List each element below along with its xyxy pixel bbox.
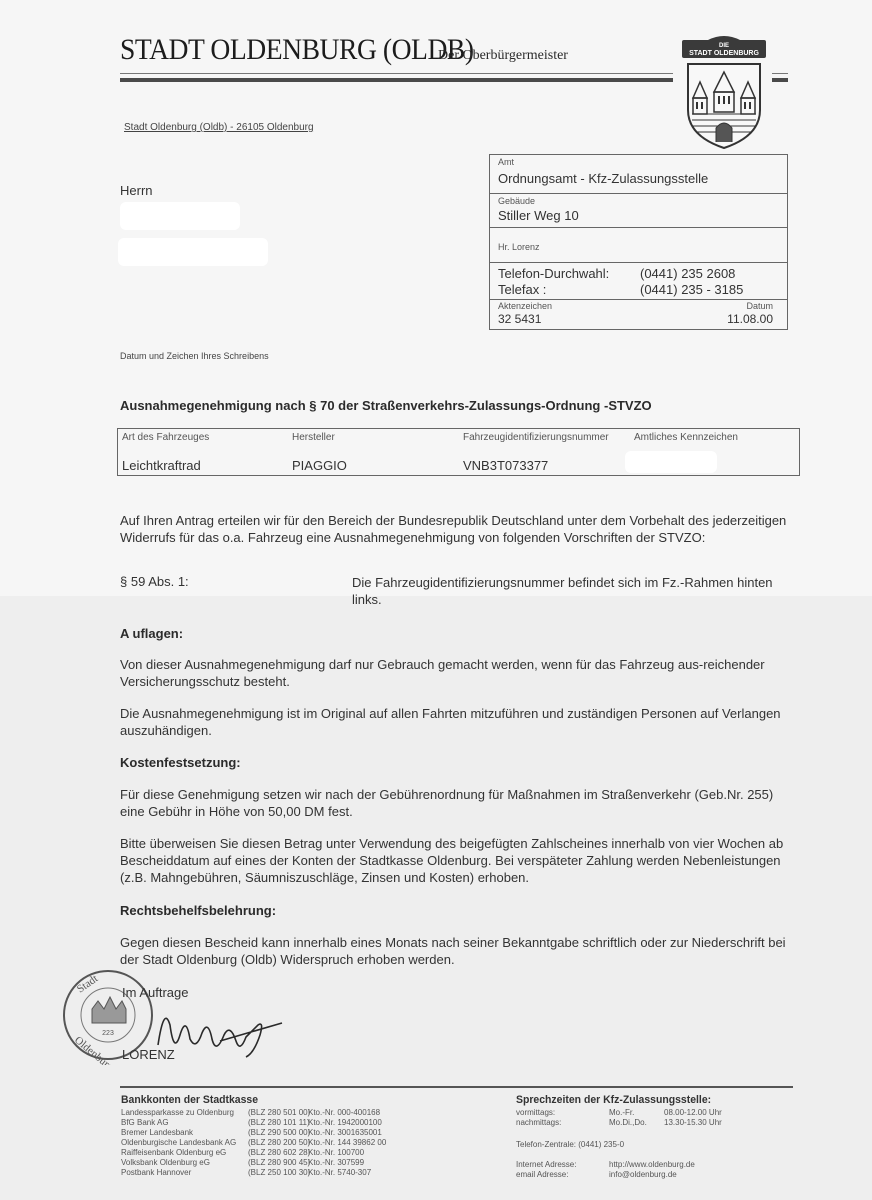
value-vin: VNB3T073377 (463, 458, 548, 473)
datum-label: Datum (746, 301, 773, 311)
subject-heading: Ausnahmegenehmigung nach § 70 der Straße… (120, 398, 652, 413)
fax-label: Telefax : (498, 282, 546, 297)
kosten-paragraph-1: Für diese Genehmigung setzen wir nach de… (120, 786, 800, 820)
header-plate: Amtliches Kennzeichen (634, 432, 738, 443)
regulation-label: § 59 Abs. 1: (120, 574, 189, 589)
bank-name: BfG Bank AG (121, 1118, 169, 1128)
contact-person: Hr. Lorenz (498, 242, 540, 252)
office-hours-title: Sprechzeiten der Kfz-Zulassungsstelle: (516, 1094, 711, 1106)
reference-line: Datum und Zeichen Ihres Schreibens (120, 351, 269, 361)
hours-morning-time: 08.00-12.00 Uhr (664, 1108, 722, 1118)
bank-blz: (BLZ 250 100 30) (248, 1168, 310, 1178)
infobox-phone: Telefon-Durchwahl: (0441) 235 2608 Telef… (490, 263, 787, 300)
gebaeude-value: Stiller Weg 10 (498, 208, 579, 223)
redacted-recipient-name (120, 202, 240, 230)
letterhead-subtitle: Der Oberbürgermeister (438, 48, 568, 64)
bank-account-number: Kto.-Nr. 100700 (308, 1148, 364, 1158)
kosten-paragraph-2: Bitte überweisen Sie diesen Betrag unter… (120, 835, 800, 886)
bank-account-number: Kto.-Nr. 5740-307 (308, 1168, 371, 1178)
email-label: email Adresse: (516, 1170, 568, 1180)
hours-afternoon-days: Mo.Di.,Do. (609, 1118, 647, 1128)
aktenzeichen-label: Aktenzeichen (498, 301, 552, 311)
bank-blz: (BLZ 290 500 00) (248, 1128, 310, 1138)
bank-accounts-list: Landessparkasse zu Oldenburg(BLZ 280 501… (121, 1108, 461, 1183)
bank-name: Volksbank Oldenburg eG (121, 1158, 210, 1168)
hours-morning-days: Mo.-Fr. (609, 1108, 634, 1118)
bank-account-number: Kto.-Nr. 1942000100 (308, 1118, 382, 1128)
gebaeude-label: Gebäude (498, 196, 535, 206)
header-rule-thick-right (772, 78, 788, 82)
office-info-box: Amt Ordnungsamt - Kfz-Zulassungsstelle G… (489, 154, 788, 330)
header-vin: Fahrzeugidentifizierungsnummer (463, 432, 609, 443)
bank-accounts-title: Bankkonten der Stadtkasse (121, 1094, 258, 1106)
infobox-gebaeude: Gebäude Stiller Weg 10 (490, 194, 787, 228)
infobox-contact: Hr. Lorenz (490, 228, 787, 263)
amt-label: Amt (498, 157, 514, 167)
svg-text:Oldenburg: Oldenburg (72, 1034, 116, 1065)
internet-link[interactable]: http://www.oldenburg.de (609, 1160, 695, 1170)
bank-blz: (BLZ 280 501 00) (248, 1108, 310, 1118)
central-phone: Telefon-Zentrale: (0441) 235-0 (516, 1140, 624, 1150)
header-vehicle-type: Art des Fahrzeuges (122, 432, 209, 443)
auflagen-paragraph-1: Von dieser Ausnahmegenehmigung darf nur … (120, 656, 800, 690)
office-hours-block: vormittags: Mo.-Fr. 08.00-12.00 Uhr nach… (516, 1108, 796, 1183)
bank-name: Landessparkasse zu Oldenburg (121, 1108, 234, 1118)
hours-afternoon-time: 13.30-15.30 Uhr (664, 1118, 722, 1128)
bank-blz: (BLZ 280 900 45) (248, 1158, 310, 1168)
hours-afternoon-label: nachmittags: (516, 1118, 561, 1128)
header-rule-thick (120, 78, 673, 82)
footer-rule (120, 1086, 793, 1088)
hours-morning-label: vormittags: (516, 1108, 555, 1118)
redacted-recipient-address (118, 238, 268, 266)
fax-value: (0441) 235 - 3185 (640, 282, 743, 297)
sender-return-address: Stadt Oldenburg (Oldb) - 26105 Oldenburg (124, 122, 314, 133)
header-rule-thin-right (772, 73, 788, 74)
rechtsbehelf-paragraph: Gegen diesen Bescheid kann innerhalb ein… (120, 934, 800, 968)
bank-blz: (BLZ 280 101 11) (248, 1118, 310, 1128)
auflagen-paragraph-2: Die Ausnahmegenehmigung ist im Original … (120, 705, 800, 739)
bank-name: Raiffeisenbank Oldenburg eG (121, 1148, 226, 1158)
svg-text:Stadt: Stadt (75, 973, 100, 996)
recipient-salutation: Herrn (120, 183, 153, 198)
bank-blz: (BLZ 280 602 28) (248, 1148, 310, 1158)
bank-blz: (BLZ 280 200 50) (248, 1138, 310, 1148)
bank-account-number: Kto.-Nr. 307599 (308, 1158, 364, 1168)
intro-paragraph: Auf Ihren Antrag erteilen wir für den Be… (120, 512, 800, 546)
header-manufacturer: Hersteller (292, 432, 335, 443)
value-vehicle-type: Leichtkraftrad (122, 458, 201, 473)
datum-value: 11.08.00 (727, 312, 773, 326)
bank-account-number: Kto.-Nr. 144 39862 00 (308, 1138, 386, 1148)
coat-of-arms-icon: DIE STADT OLDENBURG (678, 36, 770, 150)
svg-text:223: 223 (102, 1030, 114, 1037)
letterhead-title: STADT OLDENBURG (OLDB) (120, 33, 474, 67)
value-manufacturer: PIAGGIO (292, 458, 347, 473)
redacted-license-plate (625, 451, 717, 473)
bank-name: Oldenburgische Landesbank AG (121, 1138, 236, 1148)
auflagen-heading: A uflagen: (120, 626, 183, 641)
phone-value: (0441) 235 2608 (640, 266, 735, 281)
amt-value: Ordnungsamt - Kfz-Zulassungsstelle (498, 171, 708, 186)
phone-label: Telefon-Durchwahl: (498, 266, 609, 281)
internet-label: Internet Adresse: (516, 1160, 576, 1170)
regulation-text: Die Fahrzeugidentifizierungsnummer befin… (352, 574, 802, 608)
infobox-reference: Aktenzeichen 32 5431 Datum 11.08.00 (490, 300, 787, 330)
svg-text:DIE: DIE (719, 43, 729, 49)
aktenzeichen-value: 32 5431 (498, 312, 541, 326)
signatory-name: LORENZ (122, 1047, 175, 1062)
bank-name: Postbank Hannover (121, 1168, 191, 1178)
bank-account-number: Kto.-Nr. 3001635001 (308, 1128, 382, 1138)
bank-name: Bremer Landesbank (121, 1128, 193, 1138)
svg-text:STADT OLDENBURG: STADT OLDENBURG (689, 50, 759, 57)
infobox-amt: Amt Ordnungsamt - Kfz-Zulassungsstelle (490, 155, 787, 194)
kosten-heading: Kostenfestsetzung: (120, 755, 241, 770)
bank-account-number: Kto.-Nr. 000-400168 (308, 1108, 380, 1118)
rechtsbehelf-heading: Rechtsbehelfsbelehrung: (120, 903, 276, 918)
email-link[interactable]: info@oldenburg.de (609, 1170, 677, 1180)
header-rule-thin (120, 73, 673, 74)
